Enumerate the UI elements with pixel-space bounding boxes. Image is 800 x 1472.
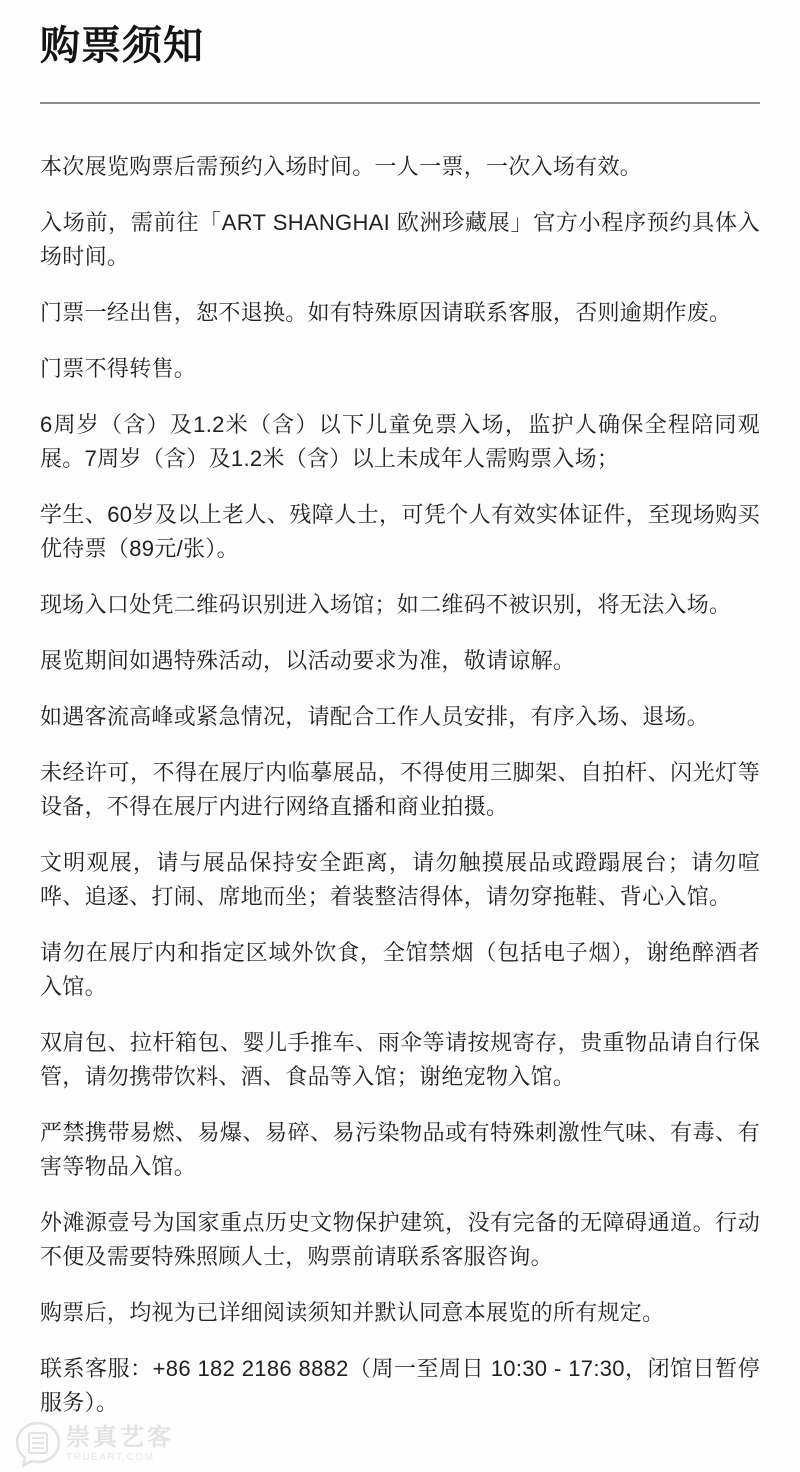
- notice-paragraph: 入场前，需前往「ART SHANGHAI 欧洲珍藏展」官方小程序预约具体入场时间…: [40, 206, 760, 274]
- watermark: 崇真艺客 TRUEART.COM: [14, 1420, 174, 1468]
- notice-paragraphs: 本次展览购票后需预约入场时间。一人一票，一次入场有效。入场前，需前往「ART S…: [40, 150, 760, 1420]
- ticket-notice-page: 购票须知 本次展览购票后需预约入场时间。一人一票，一次入场有效。入场前，需前往「…: [0, 0, 800, 1420]
- notice-paragraph: 双肩包、拉杆箱包、婴儿手推车、雨伞等请按规寄存，贵重物品请自行保管，请勿携带饮料…: [40, 1026, 760, 1094]
- watermark-url: TRUEART.COM: [66, 1453, 174, 1463]
- notice-paragraph: 请勿在展厅内和指定区域外饮食，全馆禁烟（包括电子烟），谢绝醉酒者入馆。: [40, 936, 760, 1004]
- notice-paragraph: 展览期间如遇特殊活动，以活动要求为准，敬请谅解。: [40, 644, 760, 678]
- notice-paragraph: 本次展览购票后需预约入场时间。一人一票，一次入场有效。: [40, 150, 760, 184]
- notice-paragraph: 外滩源壹号为国家重点历史文物保护建筑，没有完备的无障碍通道。行动不便及需要特殊照…: [40, 1206, 760, 1274]
- notice-paragraph: 门票不得转售。: [40, 352, 760, 386]
- page-title: 购票须知: [40, 22, 760, 70]
- notice-paragraph: 现场入口处凭二维码识别进入场馆；如二维码不被识别，将无法入场。: [40, 588, 760, 622]
- notice-paragraph: 门票一经出售，恕不退换。如有特殊原因请联系客服，否则逾期作废。: [40, 296, 760, 330]
- watermark-name: 崇真艺客: [66, 1426, 174, 1450]
- notice-paragraph: 如遇客流高峰或紧急情况，请配合工作人员安排，有序入场、退场。: [40, 700, 760, 734]
- notice-paragraph: 严禁携带易燃、易爆、易碎、易污染物品或有特殊刺激性气味、有毒、有害等物品入馆。: [40, 1116, 760, 1184]
- notice-paragraph: 文明观展，请与展品保持安全距离，请勿触摸展品或蹬蹋展台；请勿喧哗、追逐、打闹、席…: [40, 846, 760, 914]
- notice-paragraph: 学生、60岁及以上老人、残障人士，可凭个人有效实体证件，至现场购买优待票（89元…: [40, 498, 760, 566]
- notice-paragraph: 联系客服：+86 182 2186 8882（周一至周日 10:30 - 17:…: [40, 1352, 760, 1420]
- title-divider: [40, 102, 760, 104]
- speech-bubble-icon: [14, 1420, 62, 1468]
- notice-paragraph: 未经许可，不得在展厅内临摹展品，不得使用三脚架、自拍杆、闪光灯等设备，不得在展厅…: [40, 756, 760, 824]
- notice-paragraph: 购票后，均视为已详细阅读须知并默认同意本展览的所有规定。: [40, 1296, 760, 1330]
- notice-paragraph: 6周岁（含）及1.2米（含）以下儿童免票入场，监护人确保全程陪同观展。7周岁（含…: [40, 408, 760, 476]
